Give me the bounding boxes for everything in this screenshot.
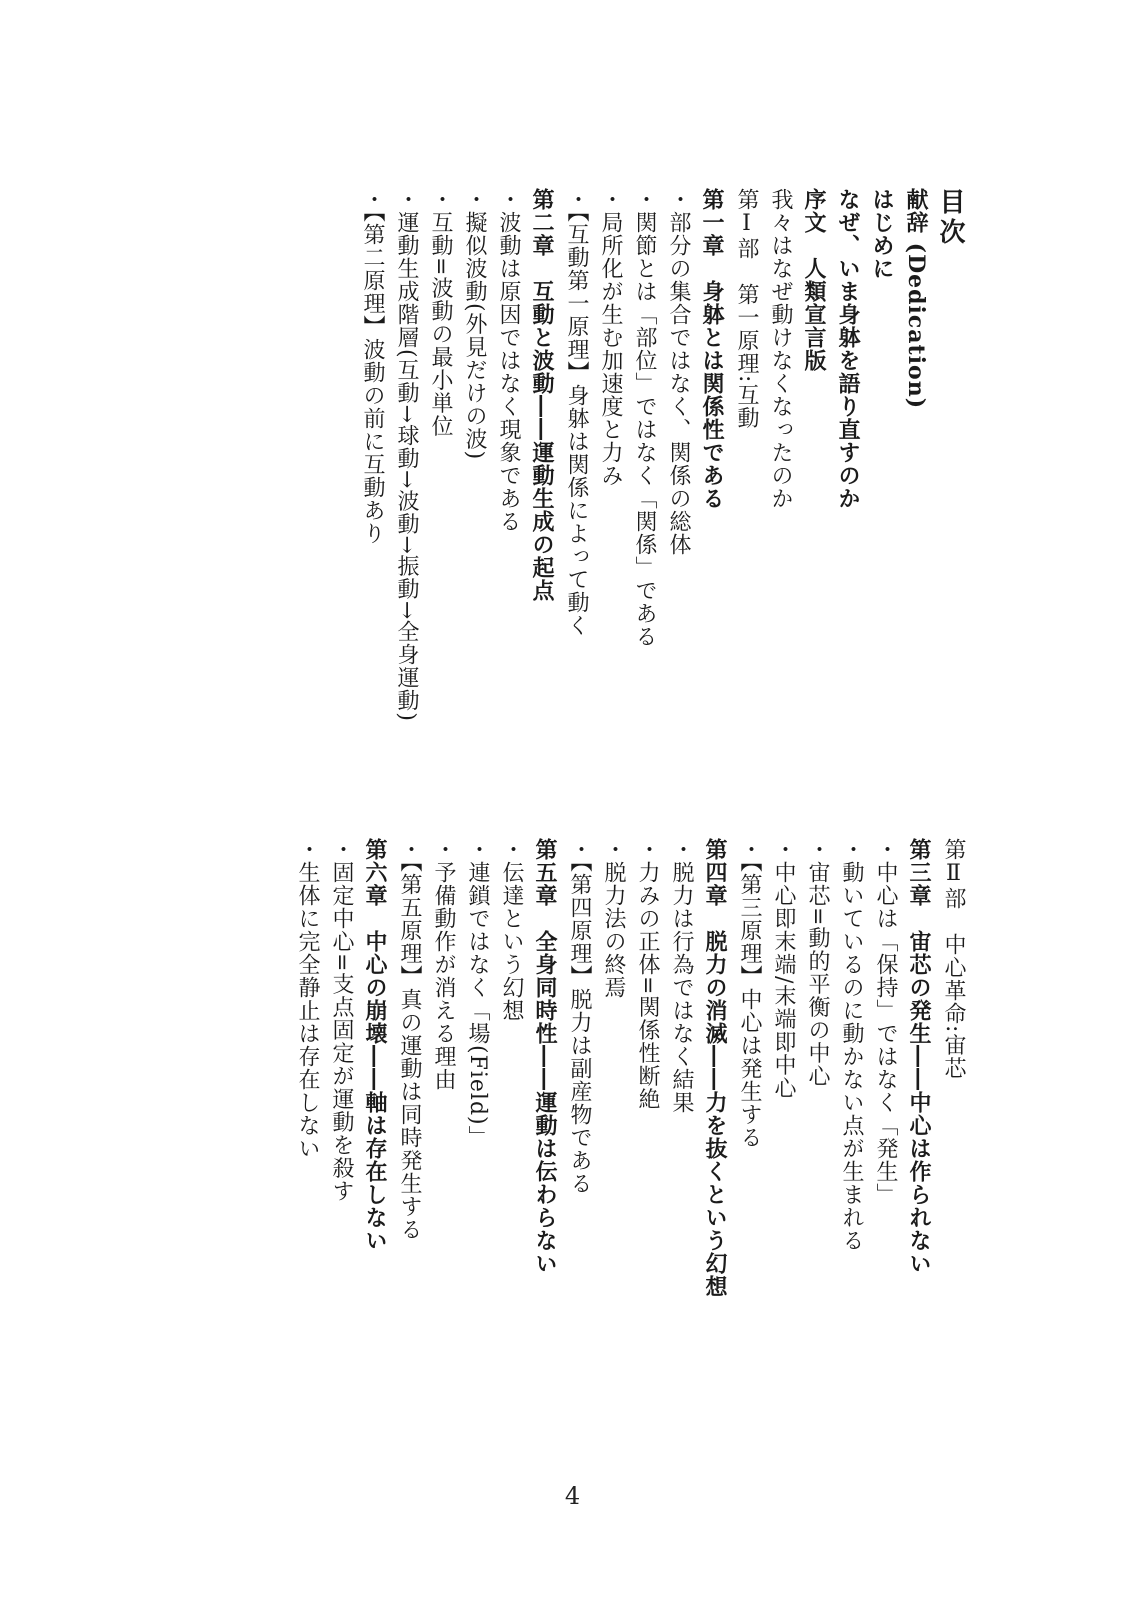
page-number: 4 [0, 1482, 1145, 1510]
toc-bullet-item: ・予備動作が消える理由 [426, 838, 460, 1273]
toc-bullet-item: ・【第五原理】真の運動は同時発生する [392, 838, 426, 1273]
toc-chapter-heading: 第四章 脱力の消滅――力を抜くという幻想 [698, 838, 732, 1273]
toc-bullet-item: ・互動=波動の最小単位 [423, 188, 457, 783]
toc-bullet-item: ・運動生成階層(互動→球動→波動→振動→全身運動) [389, 188, 423, 783]
toc-section-heading: なぜ、いま身躰を語り直すのか [831, 188, 865, 783]
toc-chapter-heading: 第一章 身躰とは関係性である [695, 188, 729, 783]
toc-bullet-item: ・中心は「保持」ではなく「発生」 [868, 838, 902, 1273]
toc-section-heading: はじめに [865, 188, 899, 783]
toc-bullet-item: ・動いているのに動かない点が生まれる [834, 838, 868, 1273]
toc-bullet-item: ・【第四原理】脱力は副産物である [562, 838, 596, 1273]
toc-bullet-item: ・生体に完全静止は存在しない [290, 838, 324, 1273]
toc-bullet-item: ・部分の集合ではなく、関係の総体 [661, 188, 695, 783]
toc-bullet-item: ・中心即末端/末端即中心 [766, 838, 800, 1273]
toc-chapter-heading: 第五章 全身同時性――運動は伝わらない [528, 838, 562, 1273]
toc-chapter-heading: 第六章 中心の崩壊――軸は存在しない [358, 838, 392, 1273]
toc-bullet-item: ・固定中心=支点固定が運動を殺す [324, 838, 358, 1273]
toc-chapter-heading: 第三章 宙芯の発生――中心は作られない [902, 838, 936, 1273]
toc-bullet-item: ・連鎖ではなく「場(Field)」 [460, 838, 494, 1273]
toc-bullet-item: ・脱力法の終焉 [596, 838, 630, 1273]
toc-bullet-item: ・関節とは「部位」ではなく「関係」である [627, 188, 661, 783]
toc-bullet-item: ・【第二原理】波動の前に互動あり [355, 188, 389, 783]
toc-bullet-item: ・伝達という幻想 [494, 838, 528, 1273]
toc-bullet-item: ・脱力は行為ではなく結果 [664, 838, 698, 1273]
toc-bullet-item: ・宙芯=動的平衡の中心 [800, 838, 834, 1273]
toc-top-block: 目次 献辞 (Dedication) はじめに なぜ、いま身躰を語り直すのか 序… [355, 188, 967, 783]
toc-bullet-item: ・波動は原因ではなく現象である [491, 188, 525, 783]
toc-bullet-item: ・擬似波動(外見だけの波) [457, 188, 491, 783]
toc-bullet-item: ・局所化が生む加速度と力み [593, 188, 627, 783]
toc-part-heading: 第Ⅰ部 第一原理:互動 [729, 188, 763, 783]
toc-bullet-item: ・【互動第一原理】身躰は関係によって動く [559, 188, 593, 783]
toc-line: 我々はなぜ動けなくなったのか [763, 188, 797, 783]
toc-bullet-item: ・【第三原理】中心は発生する [732, 838, 766, 1273]
toc-section-heading: 献辞 (Dedication) [899, 188, 933, 783]
toc-bullet-item: ・力みの正体=関係性断絶 [630, 838, 664, 1273]
toc-chapter-heading: 第二章 互動と波動――運動生成の起点 [525, 188, 559, 783]
toc-bottom-block: 第Ⅱ部 中心革命:宙芯 第三章 宙芯の発生――中心は作られない ・中心は「保持」… [290, 838, 970, 1273]
toc-part-heading: 第Ⅱ部 中心革命:宙芯 [936, 838, 970, 1273]
toc-section-heading: 序文 人類宣言版 [797, 188, 831, 783]
toc-title: 目次 [933, 188, 967, 783]
